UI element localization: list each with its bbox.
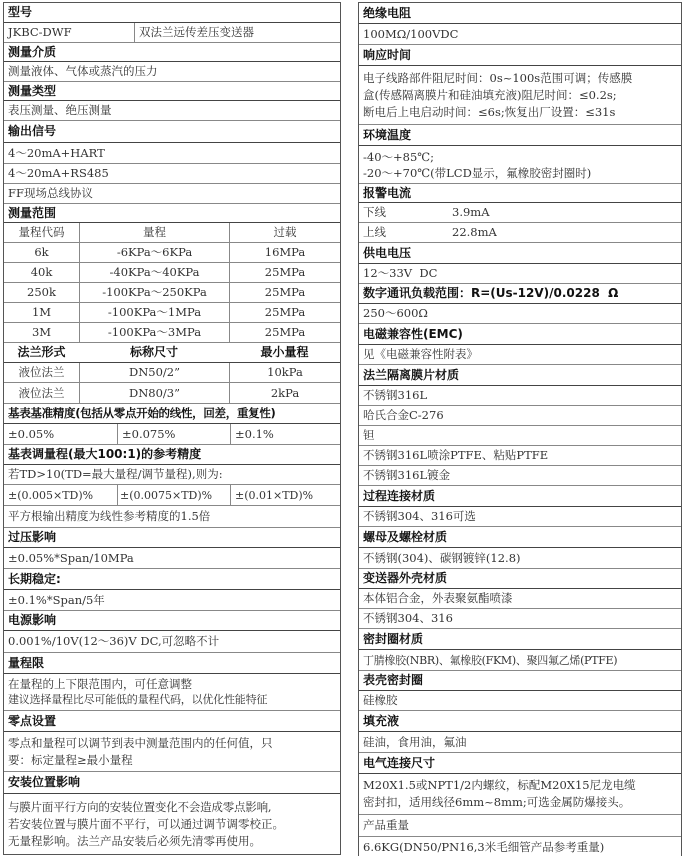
medium-heading: 测量介质	[4, 43, 340, 62]
range-row: 6k -6KPa～6KPa 16MPa	[4, 243, 340, 263]
zero-heading: 零点设置	[4, 711, 340, 732]
insulation-value: 100MΩ/100VDC	[359, 24, 681, 45]
electrical-heading: 电气连接尺寸	[359, 753, 681, 774]
fill-value: 硅油，食用油，氟油	[359, 732, 681, 753]
stability-heading: 长期稳定:	[4, 569, 340, 590]
supply-value: 12～33V DC	[359, 264, 681, 284]
housing-value: 本体铝合金，外表聚氨酯喷漆	[359, 589, 681, 609]
range-row: 1M -100KPa～1MPa 25MPa	[4, 303, 340, 323]
response-text: 电子线路部件阻尼时间：0s~100s范围可调；传感膜 盒(传感隔离膜片和硅油填充…	[359, 66, 681, 125]
load-value: 250～600Ω	[359, 304, 681, 324]
mounting-text: 与膜片面平行方向的安装位置变化不会造成零点影响, 若安装位置与膜片面不平行，可以…	[4, 794, 340, 854]
model-code: JKBC-DWF	[4, 23, 134, 42]
model-name: 双法兰远传差压变送器	[134, 23, 340, 42]
type-value: 表压测量、绝压测量	[4, 101, 340, 121]
process-conn-value: 不锈钢304、316可选	[359, 507, 681, 527]
range-header-row: 量程代码 量程 过载	[4, 223, 340, 243]
diaphragm-heading: 法兰隔离膜片材质	[359, 365, 681, 386]
diaphragm-value: 不锈钢316L镀金	[359, 466, 681, 486]
diaphragm-value: 不锈钢316L	[359, 386, 681, 406]
emc-value: 见《电磁兼容性附表》	[359, 345, 681, 365]
overpressure-heading: 过压影响	[4, 528, 340, 548]
range-limit-text: 在量程的上下限范围内，可任意调整 建议选择量程比尽可能低的量程代码，以优化性能特…	[4, 674, 340, 711]
range-row: 40k -40KPa～40KPa 25MPa	[4, 263, 340, 283]
accuracy-row: ±0.05% ±0.075% ±0.1%	[4, 424, 340, 445]
output-heading: 输出信号	[4, 121, 340, 143]
accuracy-heading: 基表基准精度(包括从零点开始的线性，回差，重复性)	[4, 404, 340, 424]
flange-row: 液位法兰 DN50/2” 10kPa	[4, 363, 340, 383]
electrical-text: M20X1.5或NPT1/2内螺纹，标配M20X15尼龙电缆 密封扣，适用线径6…	[359, 774, 681, 815]
seal-heading: 密封圈材质	[359, 629, 681, 650]
output-value: FF现场总线协议	[4, 184, 340, 204]
range-row: 3M -100KPa～3MPa 25MPa	[4, 323, 340, 343]
turndown-note: 平方根输出精度为线性参考精度的1.5倍	[4, 506, 340, 528]
zero-text: 零点和量程可以调节到表中测量范围内的任何值，只 要：标定量程≥最小量程	[4, 732, 340, 772]
power-effect-value: 0.001%/10V(12～36)V DC,可忽略不计	[4, 631, 340, 653]
alarm-row-high: 上线 22.8mA	[359, 223, 681, 243]
overpressure-value: ±0.05%*Span/10MPa	[4, 548, 340, 569]
weight-heading: 产品重量	[359, 815, 681, 837]
model-row: JKBC-DWF 双法兰远传差压变送器	[4, 23, 340, 43]
range-heading: 测量范围	[4, 204, 340, 223]
medium-value: 测量液体、气体或蒸汽的压力	[4, 62, 340, 82]
diaphragm-value: 哈氏合金C-276	[359, 406, 681, 426]
bolts-heading: 螺母及螺栓材质	[359, 527, 681, 548]
diaphragm-value: 不锈钢316L喷涂PTFE、粘贴PTFE	[359, 446, 681, 466]
output-value: 4～20mA+HART	[4, 143, 340, 164]
temperature-heading: 环境温度	[359, 125, 681, 146]
load-heading: 数字通讯负载范围：R=(Us-12V)/0.0228 Ω	[359, 284, 681, 304]
type-heading: 测量类型	[4, 82, 340, 101]
turndown-heading: 基表调量程(最大100:1)的参考精度	[4, 445, 340, 465]
alarm-row-low: 下线 3.9mA	[359, 203, 681, 223]
spec-table-right: 绝缘电阻 100MΩ/100VDC 响应时间 电子线路部件阻尼时间：0s~100…	[358, 2, 682, 856]
range-limit-heading: 量程限	[4, 653, 340, 674]
insulation-heading: 绝缘电阻	[359, 3, 681, 24]
emc-heading: 电磁兼容性(EMC)	[359, 324, 681, 345]
supply-heading: 供电电压	[359, 243, 681, 264]
model-heading: 型号	[4, 3, 340, 23]
alarm-heading: 报警电流	[359, 184, 681, 203]
stability-value: ±0.1%*Span/5年	[4, 590, 340, 611]
seal-value: 丁腈橡胶(NBR)、氟橡胶(FKM)、聚四氟乙烯(PTFE)	[359, 650, 681, 671]
range-row: 250k -100KPa～250KPa 25MPa	[4, 283, 340, 303]
turndown-row: ±(0.005×TD)% ±(0.0075×TD)% ±(0.01×TD)%	[4, 485, 340, 506]
process-conn-heading: 过程连接材质	[359, 486, 681, 507]
bolts-value: 不锈钢(304)、碳钢镀锌(12.8)	[359, 548, 681, 569]
response-heading: 响应时间	[359, 45, 681, 66]
cover-seal-value: 硅橡胶	[359, 691, 681, 711]
temperature-text: -40～+85℃; -20～+70℃(带LCD显示，氟橡胶密封圈时)	[359, 146, 681, 184]
flange-row: 液位法兰 DN80/3” 2kPa	[4, 383, 340, 404]
weight-value: 6.6KG(DN50/PN16,3米毛细管产品参考重量)	[359, 837, 681, 856]
housing-value: 不锈钢304、316	[359, 609, 681, 629]
fill-heading: 填充液	[359, 711, 681, 732]
housing-heading: 变送器外壳材质	[359, 569, 681, 589]
power-effect-heading: 电源影响	[4, 611, 340, 631]
turndown-condition: 若TD>10(TD=最大量程/调节量程),则为:	[4, 465, 340, 485]
flange-header-row: 法兰形式 标称尺寸 最小量程	[4, 343, 340, 363]
diaphragm-value: 钽	[359, 426, 681, 446]
output-value: 4～20mA+RS485	[4, 164, 340, 184]
spec-table-left: 型号 JKBC-DWF 双法兰远传差压变送器 测量介质 测量液体、气体或蒸汽的压…	[3, 2, 341, 855]
mounting-heading: 安装位置影响	[4, 772, 340, 794]
cover-seal-heading: 表壳密封圈	[359, 671, 681, 691]
